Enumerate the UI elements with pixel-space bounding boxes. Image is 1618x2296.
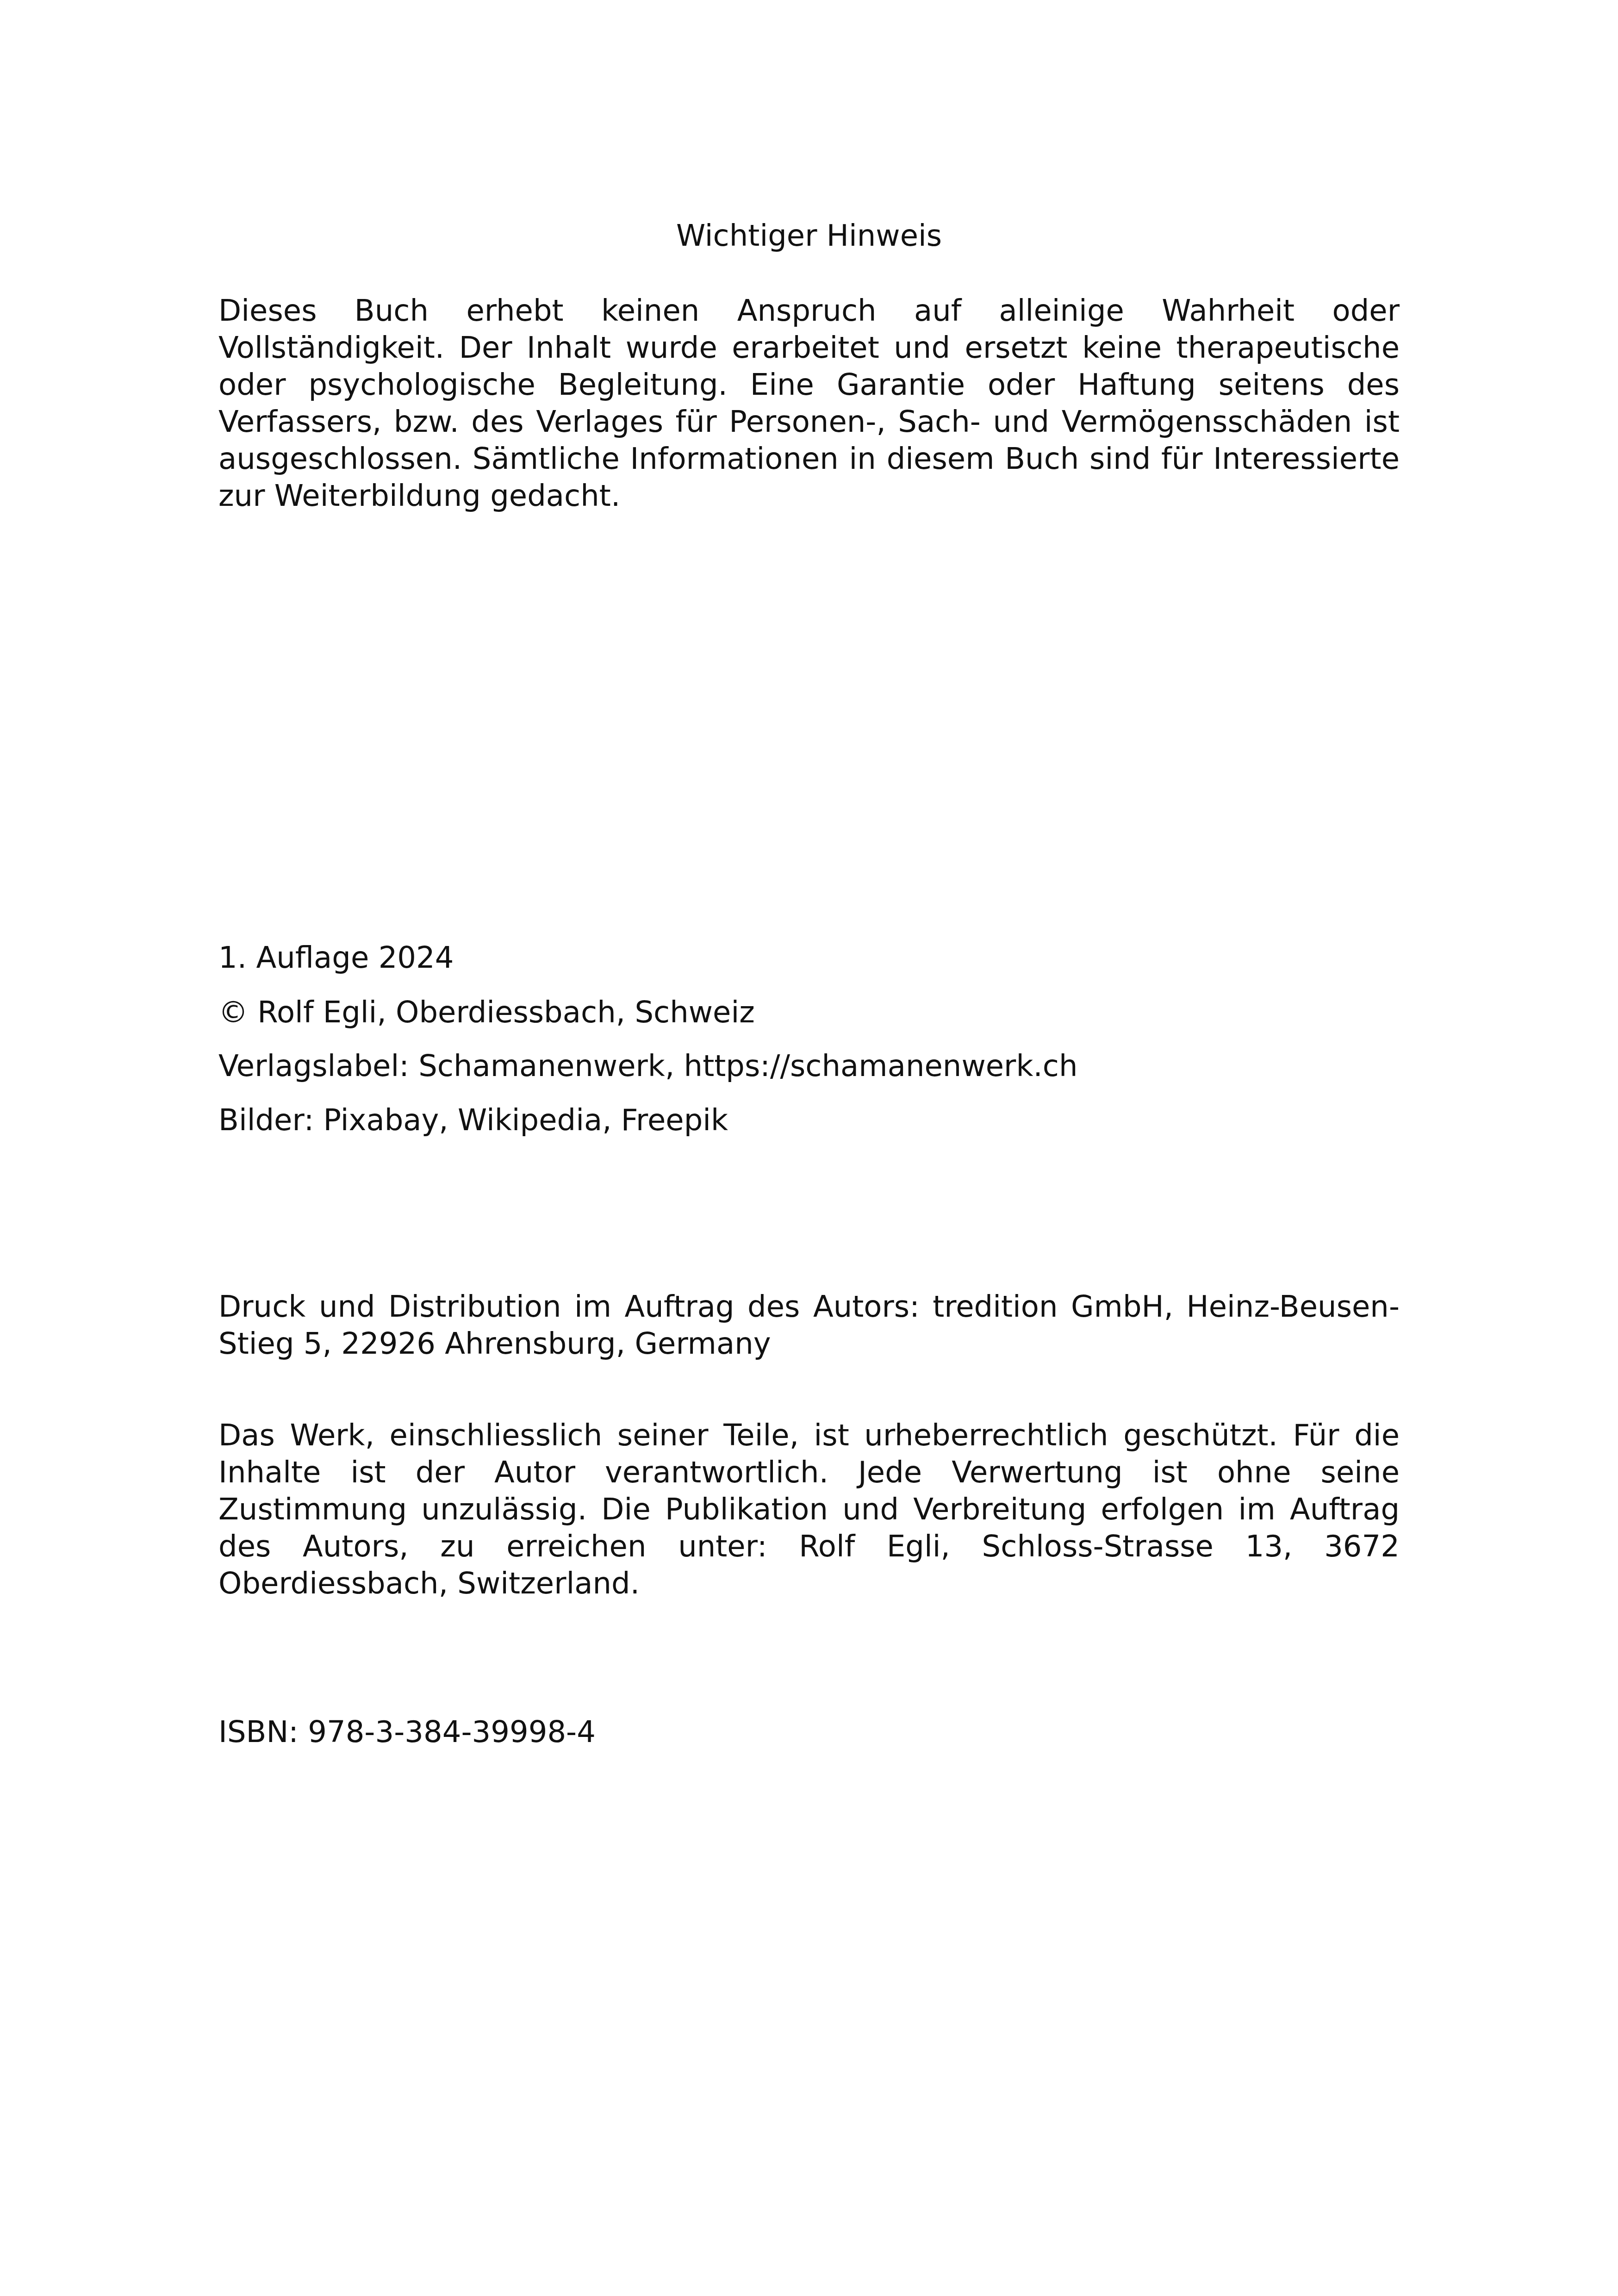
publisher-label-line: Verlagslabel: Schamanenwerk, https://sch… bbox=[218, 1048, 1400, 1085]
isbn-line: ISBN: 978-3-384-39998-4 bbox=[218, 1714, 1400, 1751]
notice-title: Wichtiger Hinweis bbox=[0, 218, 1618, 255]
notice-paragraph: Dieses Buch erhebt keinen Anspruch auf a… bbox=[218, 292, 1400, 515]
rights-paragraph: Das Werk, einschliesslich seiner Teile, … bbox=[218, 1417, 1400, 1602]
book-page: Wichtiger Hinweis Dieses Buch erhebt kei… bbox=[0, 0, 1618, 2296]
copyright-line: © Rolf Egli, Oberdiessbach, Schweiz bbox=[218, 994, 1400, 1031]
printing-paragraph: Druck und Distribution im Auftrag des Au… bbox=[218, 1288, 1400, 1363]
edition-line: 1. Auflage 2024 bbox=[218, 940, 1400, 977]
image-credits-line: Bilder: Pixabay, Wikipedia, Freepik bbox=[218, 1102, 1400, 1139]
